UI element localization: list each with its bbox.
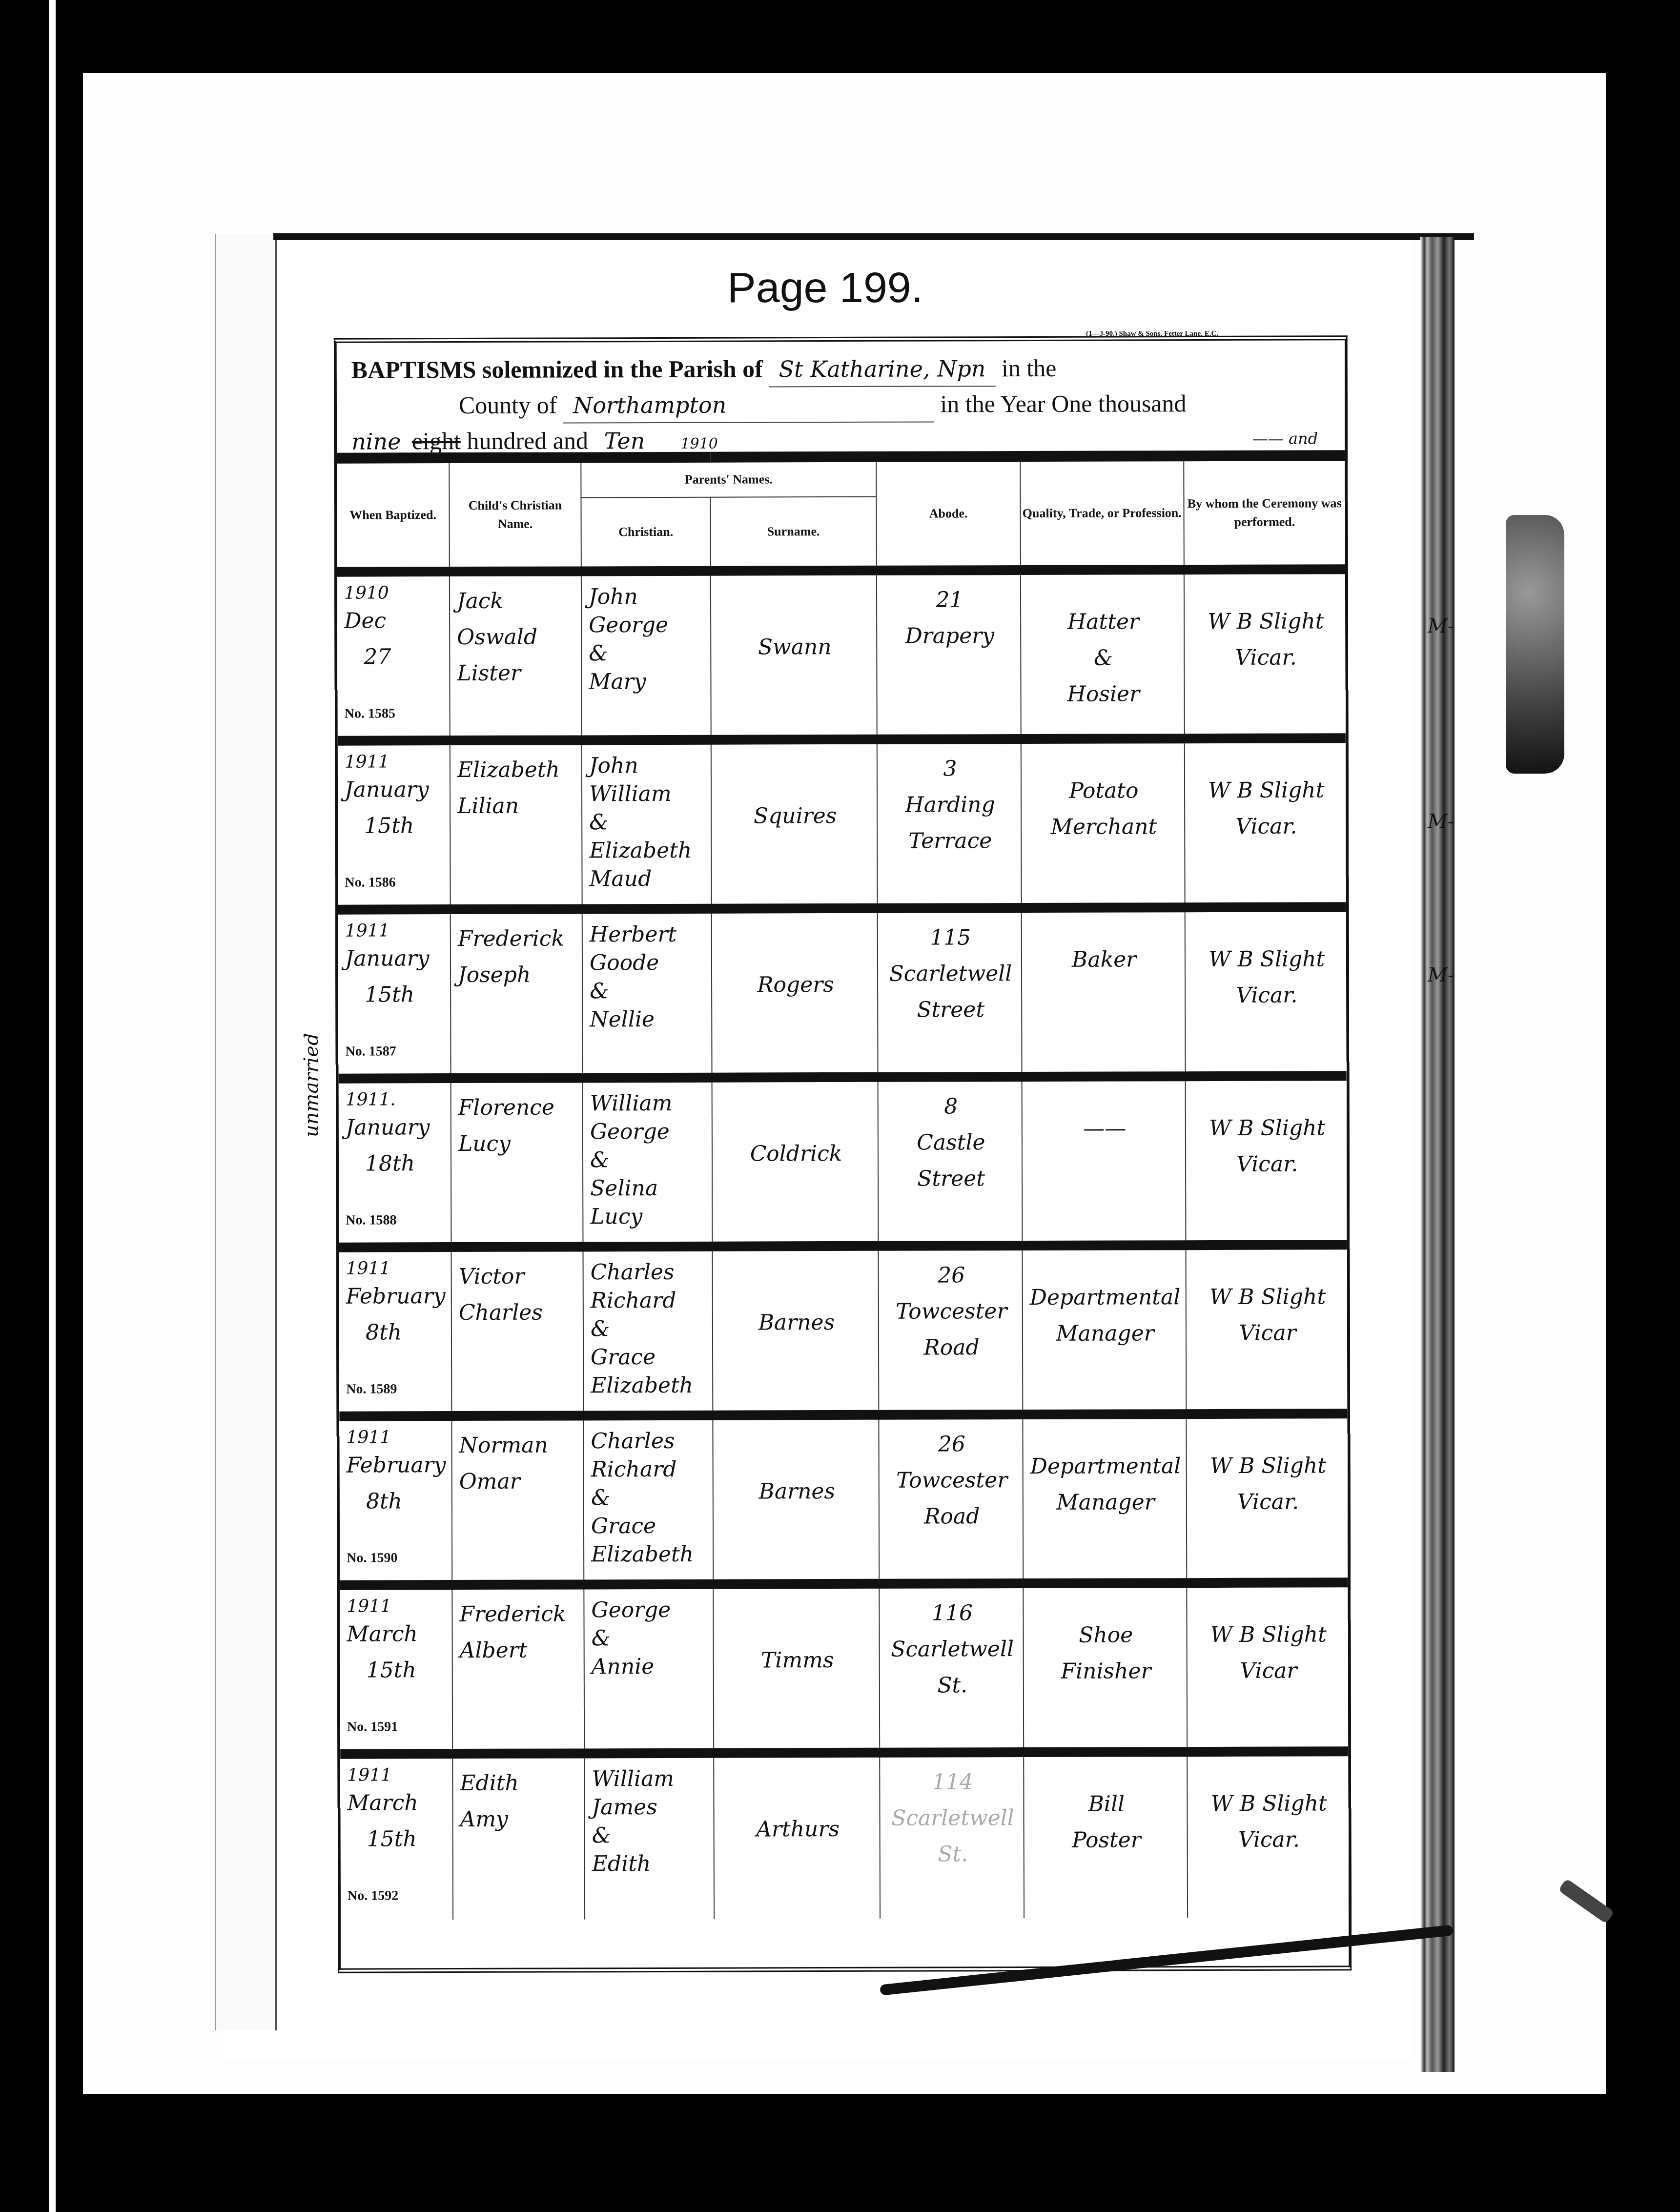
child-name: VictorCharles [452, 1251, 583, 1411]
officiant: W B SlightVicar. [1185, 912, 1346, 1071]
baptism-register: BAPTISMS solemnized in the Parish of St … [334, 335, 1352, 1973]
officiant: W B SlightVicar. [1187, 1418, 1348, 1578]
baptism-date: 1911. January 18th No. 1588 [339, 1083, 451, 1243]
margin-mark-right: M- [1428, 964, 1454, 986]
parents-christian: JohnWilliam&ElizabethMaud [582, 745, 711, 904]
entry-month: January [346, 1109, 446, 1146]
table-row: 1911 January 15th No. 1586 ElizabethLili… [338, 738, 1346, 909]
abode: 26TowcesterRoad [879, 1250, 1023, 1410]
child-name: ElizabethLilian [451, 745, 582, 904]
table-row: 1910 Dec 27 No. 1585 JackOswaldLister Jo… [337, 569, 1346, 740]
table-row: 1911 February 8th No. 1589 VictorCharles… [339, 1245, 1347, 1416]
profession: Hatter&Hosier [1021, 574, 1184, 734]
entry-month: March [347, 1616, 447, 1653]
year-label: in the Year One thousand [940, 389, 1186, 417]
entry-day: 27 [344, 639, 444, 676]
baptism-date: 1911 January 15th No. 1586 [338, 745, 450, 905]
col-abode: Abode. [876, 456, 1021, 571]
officiant: W B SlightVicar. [1185, 743, 1346, 902]
register-heading: BAPTISMS solemnized in the Parish of St … [351, 350, 1328, 463]
baptism-date: 1910 Dec 27 No. 1585 [337, 576, 450, 736]
entry-month: January [345, 941, 445, 977]
abode: 8CastleStreet [879, 1082, 1022, 1241]
entry-number: No. 1590 [347, 1540, 397, 1576]
abode: 3HardingTerrace [878, 744, 1021, 903]
baptism-date: 1911 March 15th No. 1592 [340, 1759, 452, 1918]
entry-month: January [345, 772, 445, 808]
entry-year: 1910 [344, 583, 444, 603]
entry-number: No. 1587 [345, 1033, 396, 1069]
entry-year: 1911 [347, 1597, 447, 1617]
entries-body: 1910 Dec 27 No. 1585 JackOswaldLister Jo… [337, 569, 1349, 1920]
entry-number: No. 1591 [347, 1709, 398, 1745]
profession: —— [1023, 1081, 1185, 1241]
profession: ShoeFinisher [1024, 1588, 1186, 1747]
entry-month: February [346, 1278, 446, 1315]
parents-surname: Barnes [713, 1420, 879, 1579]
col-parents-christian: Christian. [581, 497, 710, 572]
col-parents-names: Parents' Names. [581, 457, 876, 498]
child-name: EdithAmy [453, 1758, 584, 1918]
parents-surname: Timms [714, 1589, 879, 1748]
book-top-edge [273, 233, 1474, 240]
parents-christian: CharlesRichard&GraceElizabeth [584, 1251, 713, 1411]
year-mid: hundred and [467, 427, 588, 454]
entry-number: No. 1589 [346, 1371, 397, 1407]
parents-surname: Squires [712, 744, 877, 904]
parents-christian: HerbertGoode&Nellie [583, 914, 712, 1073]
child-name: FlorenceLucy [451, 1083, 583, 1242]
entry-day: 15th [345, 808, 445, 844]
abode: 116ScarletwellSt. [880, 1588, 1023, 1748]
table-row: 1911 January 15th No. 1587 FrederickJose… [338, 907, 1347, 1078]
profession: Baker [1022, 912, 1185, 1072]
entry-number: No. 1585 [345, 696, 395, 732]
parents-surname: Arthurs [714, 1758, 880, 1917]
parents-surname: Barnes [713, 1251, 879, 1411]
parents-christian: WilliamJames&Edith [585, 1758, 714, 1918]
abode: 21Drapery [877, 575, 1021, 735]
officiant: W B SlightVicar. [1188, 1756, 1349, 1916]
margin-mark-right: M- [1428, 810, 1454, 833]
book-fore-edge [1420, 237, 1455, 2072]
margin-mark-right: M- [1428, 615, 1454, 637]
parents-surname: Swann [711, 575, 877, 735]
child-name: FrederickJoseph [451, 914, 582, 1073]
entry-day: 8th [347, 1483, 447, 1520]
col-child-name: Child's Christian Name. [449, 457, 581, 572]
book-clasp [1506, 515, 1564, 774]
abode: 26TowcesterRoad [879, 1419, 1023, 1579]
baptism-table: When Baptized. Child's Christian Name. P… [337, 450, 1349, 1920]
entry-number: No. 1586 [345, 864, 395, 901]
col-parents-surname: Surname. [710, 497, 876, 571]
abode: 114ScarletwellSt. [880, 1757, 1024, 1917]
profession: BillPoster [1024, 1757, 1187, 1916]
parents-christian: George&Annie [584, 1589, 713, 1749]
profession: DepartmentalManager [1023, 1250, 1186, 1410]
profession: PotatoMerchant [1022, 743, 1184, 903]
entry-day: 15th [347, 1652, 447, 1689]
table-row: 1911 February 8th No. 1590 NormanOmar Ch… [339, 1413, 1348, 1585]
table-row: 1911 March 15th No. 1591 FrederickAlbert… [340, 1582, 1348, 1754]
child-name: FrederickAlbert [452, 1589, 584, 1749]
entry-day: 18th [346, 1146, 446, 1182]
col-officiant: By whom the Ceremony was performed. [1184, 455, 1345, 570]
baptism-date: 1911 February 8th No. 1590 [339, 1421, 451, 1580]
parish-field: St Katharine, Npn [769, 351, 995, 387]
entry-year: 1911 [345, 921, 445, 941]
page-title: Page 199. [727, 263, 923, 312]
entry-year: 1911 [345, 752, 445, 772]
entry-day: 15th [348, 1821, 448, 1858]
baptism-date: 1911 February 8th No. 1589 [339, 1252, 451, 1412]
parents-christian: WilliamGeorge&SelinaLucy [583, 1083, 712, 1242]
parents-christian: CharlesRichard&GraceElizabeth [584, 1420, 713, 1580]
table-row: 1911 March 15th No. 1592 EdithAmy Willia… [340, 1751, 1349, 1920]
entry-year: 1911 [347, 1765, 447, 1785]
child-name: JackOswaldLister [450, 576, 581, 736]
parents-christian: JohnGeorge&Mary [582, 576, 711, 736]
margin-note-left: unmarried [300, 1033, 323, 1137]
entry-month: March [347, 1785, 447, 1822]
county-label: County of [459, 391, 557, 419]
entry-year: 1911 [346, 1428, 446, 1448]
table-row: 1911. January 18th No. 1588 FlorenceLucy… [339, 1076, 1347, 1247]
parents-surname: Coldrick [713, 1082, 878, 1242]
entry-day: 8th [346, 1314, 446, 1351]
officiant: W B SlightVicar [1187, 1587, 1348, 1747]
film-edge [49, 0, 56, 2212]
officiant: W B SlightVicar. [1184, 574, 1345, 734]
parents-surname: Rogers [712, 913, 878, 1073]
entry-month: February [347, 1447, 447, 1484]
profession: DepartmentalManager [1023, 1419, 1186, 1578]
entry-year: 1911 [346, 1259, 446, 1279]
entry-number: No. 1588 [346, 1202, 396, 1238]
col-when-baptized: When Baptized. [337, 458, 450, 572]
officiant: W B SlightVicar [1186, 1249, 1347, 1409]
baptism-date: 1911 March 15th No. 1591 [340, 1590, 452, 1749]
county-field: Northampton [563, 388, 934, 424]
officiant: W B SlightVicar. [1186, 1081, 1347, 1240]
entry-day: 15th [345, 977, 445, 1013]
heading-prefix: BAPTISMS solemnized in the Parish of [351, 355, 763, 383]
entry-number: No. 1592 [348, 1878, 398, 1914]
abode: 115ScarletwellStreet [878, 913, 1022, 1072]
baptism-date: 1911 January 15th No. 1587 [338, 914, 451, 1074]
heading-in-the: in the [1002, 354, 1057, 382]
book-gutter [215, 234, 277, 2030]
entry-year: 1911. [346, 1090, 446, 1110]
year-struck-word: eight [412, 427, 461, 454]
entry-month: Dec [344, 603, 444, 639]
child-name: NormanOmar [452, 1420, 583, 1580]
col-quality: Quality, Trade, or Profession. [1020, 456, 1184, 570]
